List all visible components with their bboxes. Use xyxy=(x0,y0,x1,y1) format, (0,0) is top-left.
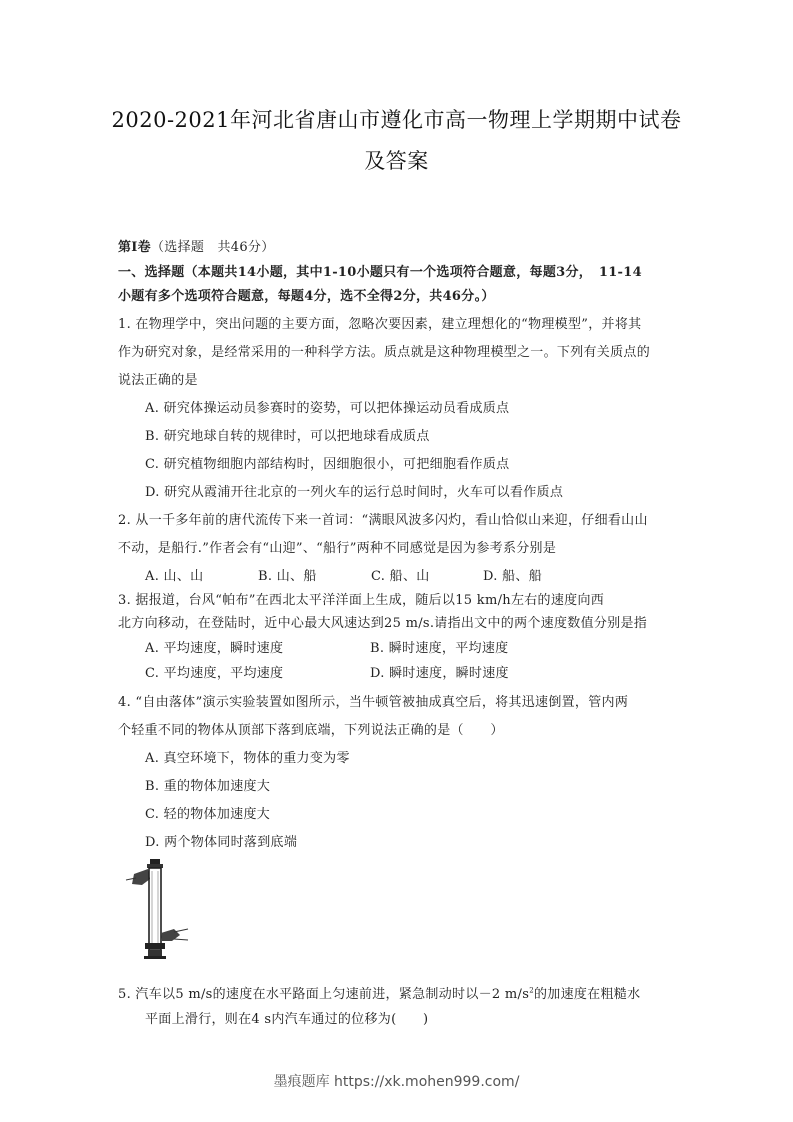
option-b: B. 研究地球自转的规律时，可以把地球看成质点 xyxy=(145,425,430,444)
question-text-part: 5. 汽车以5 m/s的速度在水平路面上匀速前进，紧急制动时以－2 m/s xyxy=(118,987,529,1002)
option-a: A. 平均速度，瞬时速度 xyxy=(145,637,283,656)
question-text: 2. 从一千多年前的唐代流传下来一首词：“满眼风波多闪灼，看山恰似山来迎，仔细看… xyxy=(118,509,648,528)
newton-tube-icon xyxy=(122,857,192,962)
question-text: 5. 汽车以5 m/s的速度在水平路面上匀速前进，紧急制动时以－2 m/s2的加… xyxy=(118,983,640,1002)
option-a: A. 研究体操运动员参赛时的姿势，可以把体操运动员看成质点 xyxy=(145,397,509,416)
question-text: 个轻重不同的物体从顶部下落到底端，下列说法正确的是（ ） xyxy=(118,719,504,738)
option-c: C. 研究植物细胞内部结构时，因细胞很小，可把细胞看作质点 xyxy=(145,453,509,472)
option-c: C. 轻的物体加速度大 xyxy=(145,803,270,822)
question-text: 北方向移动，在登陆时，近中心最大风速达到25 m/s.请指出文中的两个速度数值分… xyxy=(118,612,647,631)
section-heading-label: 第Ⅰ卷 xyxy=(118,240,151,255)
question-text-part: 的加速度在粗糙水 xyxy=(534,987,640,1002)
option-b: B. 瞬时速度，平均速度 xyxy=(370,637,508,656)
watermark-footer: 墨痕题库 https://xk.mohen999.com/ xyxy=(0,1071,793,1091)
page-title-continued: 及答案 xyxy=(0,145,793,175)
question-text: 作为研究对象，是经常采用的一种科学方法。质点就是这种物理模型之一。下列有关质点的 xyxy=(118,341,650,360)
option-d: D. 两个物体同时落到底端 xyxy=(145,831,297,850)
section-heading-note: （选择题 共46分） xyxy=(151,240,275,255)
instructions-line-2: 小题有多个选项符合题意，每题4分，选不全得2分，共46分。） xyxy=(118,285,495,304)
option-a: A. 真空环境下，物体的重力变为零 xyxy=(145,747,350,766)
option-d: D. 瞬时速度，瞬时速度 xyxy=(370,662,509,681)
option-a: A. 山、山 xyxy=(145,565,203,584)
question-text: 1. 在物理学中，突出问题的主要方面，忽略次要因素，建立理想化的“物理模型”，并… xyxy=(118,313,641,332)
question-text: 3. 据报道，台风“帕布”在西北太平洋洋面上生成，随后以15 km/h左右的速度… xyxy=(118,589,604,608)
section-heading: 第Ⅰ卷（选择题 共46分） xyxy=(118,236,275,255)
option-b: B. 山、船 xyxy=(258,565,317,584)
page-title: 2020-2021年河北省唐山市遵化市高一物理上学期期中试卷 xyxy=(0,104,793,134)
option-c: C. 平均速度，平均速度 xyxy=(145,662,283,681)
question-text: 平面上滑行，则在4 s内汽车通过的位移为( ) xyxy=(145,1008,428,1027)
option-b: B. 重的物体加速度大 xyxy=(145,775,270,794)
instructions-line-1: 一、选择题（本题共14小题，其中1-10小题只有一个选项符合题意，每题3分， 1… xyxy=(118,261,642,280)
question-text: 说法正确的是 xyxy=(118,369,198,388)
option-d: D. 船、船 xyxy=(483,565,542,584)
question-text: 不动，是船行.”作者会有“山迎”、“船行”两种不同感觉是因为参考系分别是 xyxy=(118,537,556,556)
newton-tube-figure xyxy=(122,857,192,962)
option-c: C. 船、山 xyxy=(371,565,430,584)
option-d: D. 研究从霞浦开往北京的一列火车的运行总时间时，火车可以看作质点 xyxy=(145,481,563,500)
question-text: 4. “自由落体”演示实验装置如图所示，当牛顿管被抽成真空后，将其迅速倒置，管内… xyxy=(118,691,628,710)
